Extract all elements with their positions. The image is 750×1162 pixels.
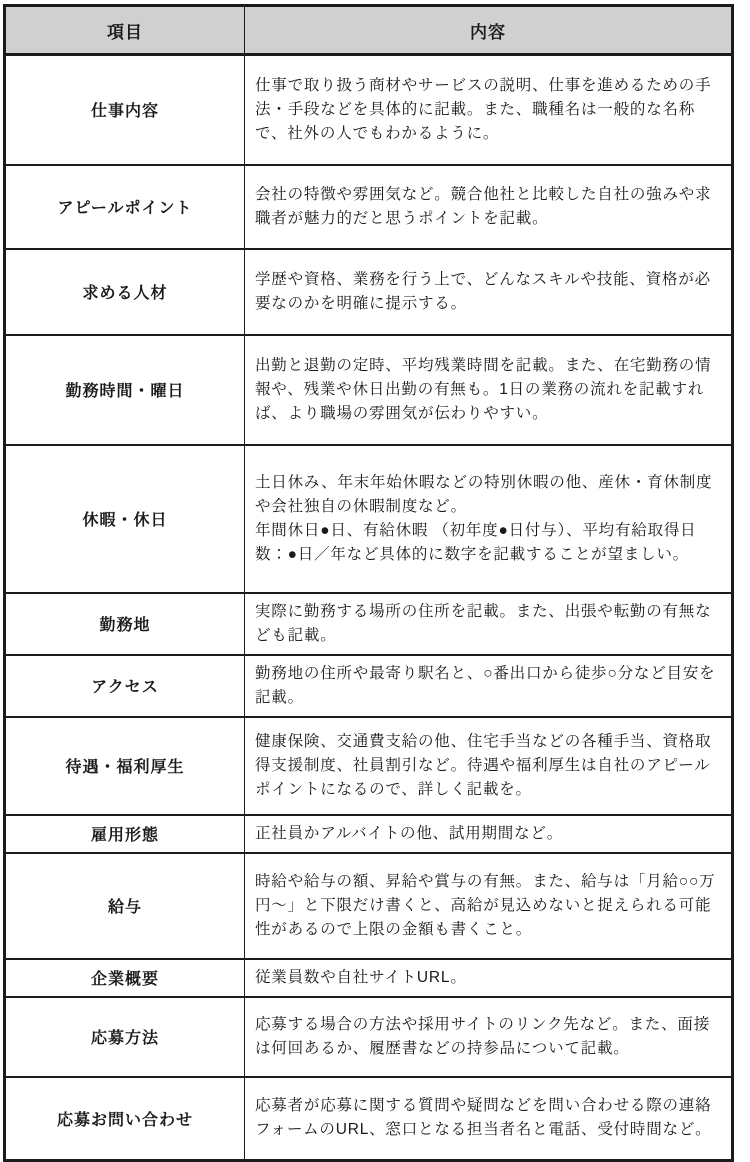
content-cell: 応募者が応募に関する質問や疑問などを問い合わせる際の連絡フォームのURL、窓口と… xyxy=(245,1077,733,1161)
row-employment-type: 雇用形態 正社員かアルバイトの他、試用期間など。 xyxy=(5,815,733,853)
item-cell: 勤務時間・曜日 xyxy=(5,335,245,445)
item-cell: 待遇・福利厚生 xyxy=(5,717,245,815)
row-company-overview: 企業概要 従業員数や自社サイトURL。 xyxy=(5,959,733,997)
row-work-location: 勤務地 実際に勤務する場所の住所を記載。また、出張や転勤の有無なども記載。 xyxy=(5,593,733,655)
header-row: 項目 内容 xyxy=(5,6,733,55)
item-cell: 勤務地 xyxy=(5,593,245,655)
item-cell: 仕事内容 xyxy=(5,55,245,165)
row-application-method: 応募方法 応募する場合の方法や採用サイトのリンク先など。また、面接は何回あるか、… xyxy=(5,997,733,1077)
item-cell: 応募方法 xyxy=(5,997,245,1077)
content-cell: 土日休み、年末年始休暇などの特別休暇の他、産休・育休制度や会社独自の休暇制度など… xyxy=(245,445,733,593)
job-posting-items-table-wrap: 項目 内容 仕事内容 仕事で取り扱う商材やサービスの説明、仕事を進めるための手法… xyxy=(3,4,734,1162)
content-cell: 会社の特徴や雰囲気など。競合他社と比較した自社の強みや求職者が魅力的だと思うポイ… xyxy=(245,165,733,249)
job-posting-items-table: 項目 内容 仕事内容 仕事で取り扱う商材やサービスの説明、仕事を進めるための手法… xyxy=(3,4,734,1162)
content-cell: 正社員かアルバイトの他、試用期間など。 xyxy=(245,815,733,853)
content-cell: 従業員数や自社サイトURL。 xyxy=(245,959,733,997)
item-cell: 休暇・休日 xyxy=(5,445,245,593)
item-cell: 企業概要 xyxy=(5,959,245,997)
row-holidays-vacation: 休暇・休日 土日休み、年末年始休暇などの特別休暇の他、産休・育休制度や会社独自の… xyxy=(5,445,733,593)
header-item-column: 項目 xyxy=(5,6,245,55)
row-benefits-welfare: 待遇・福利厚生 健康保険、交通費支給の他、住宅手当などの各種手当、資格取得支援制… xyxy=(5,717,733,815)
item-cell: アピールポイント xyxy=(5,165,245,249)
content-cell: 健康保険、交通費支給の他、住宅手当などの各種手当、資格取得支援制度、社員割引など… xyxy=(245,717,733,815)
row-application-contact: 応募お問い合わせ 応募者が応募に関する質問や疑問などを問い合わせる際の連絡フォー… xyxy=(5,1077,733,1161)
content-cell: 仕事で取り扱う商材やサービスの説明、仕事を進めるための手法・手段などを具体的に記… xyxy=(245,55,733,165)
item-cell: アクセス xyxy=(5,655,245,717)
item-cell: 求める人材 xyxy=(5,249,245,335)
row-job-description: 仕事内容 仕事で取り扱う商材やサービスの説明、仕事を進めるための手法・手段などを… xyxy=(5,55,733,165)
item-cell: 雇用形態 xyxy=(5,815,245,853)
row-appeal-points: アピールポイント 会社の特徴や雰囲気など。競合他社と比較した自社の強みや求職者が… xyxy=(5,165,733,249)
content-cell: 勤務地の住所や最寄り駅名と、○番出口から徒歩○分など目安を記載。 xyxy=(245,655,733,717)
row-desired-candidate: 求める人材 学歴や資格、業務を行う上で、どんなスキルや技能、資格が必要なのかを明… xyxy=(5,249,733,335)
item-cell: 給与 xyxy=(5,853,245,959)
row-salary: 給与 時給や給与の額、昇給や賞与の有無。また、給与は「月給○○万円～」と下限だけ… xyxy=(5,853,733,959)
row-working-hours-days: 勤務時間・曜日 出勤と退勤の定時、平均残業時間を記載。また、在宅勤務の情報や、残… xyxy=(5,335,733,445)
content-cell: 応募する場合の方法や採用サイトのリンク先など。また、面接は何回あるか、履歴書など… xyxy=(245,997,733,1077)
header-content-column: 内容 xyxy=(245,6,733,55)
content-cell: 出勤と退勤の定時、平均残業時間を記載。また、在宅勤務の情報や、残業や休日出勤の有… xyxy=(245,335,733,445)
content-cell: 実際に勤務する場所の住所を記載。また、出張や転勤の有無なども記載。 xyxy=(245,593,733,655)
row-access: アクセス 勤務地の住所や最寄り駅名と、○番出口から徒歩○分など目安を記載。 xyxy=(5,655,733,717)
content-cell: 時給や給与の額、昇給や賞与の有無。また、給与は「月給○○万円～」と下限だけ書くと… xyxy=(245,853,733,959)
content-cell: 学歴や資格、業務を行う上で、どんなスキルや技能、資格が必要なのかを明確に提示する… xyxy=(245,249,733,335)
item-cell: 応募お問い合わせ xyxy=(5,1077,245,1161)
